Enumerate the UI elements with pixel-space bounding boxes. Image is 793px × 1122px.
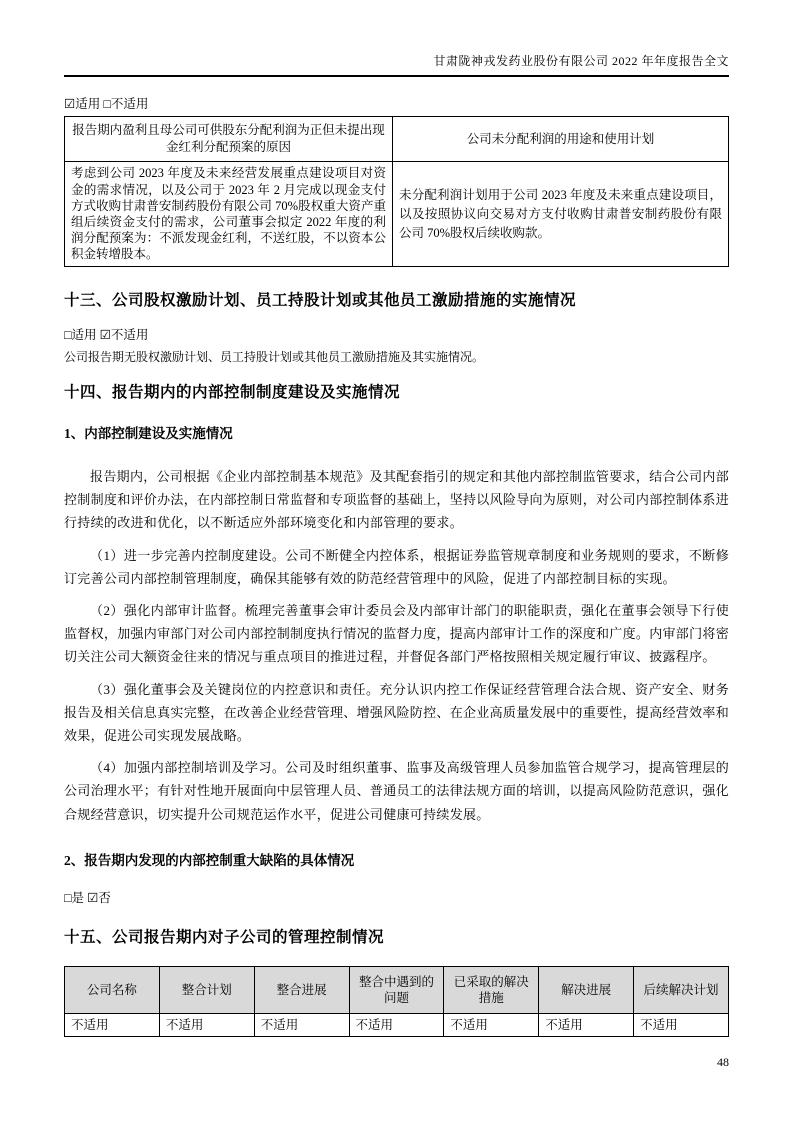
subsidiary-cell: 不适用 [349, 1013, 444, 1036]
running-header: 甘肃陇神戎发药业股份有限公司 2022 年年度报告全文 [64, 0, 729, 77]
subsidiary-header-follow-up-plan: 后续解决计划 [634, 966, 729, 1013]
section-13-note: 公司报告期无股权激励计划、员工持股计划或其他员工激励措施及其实施情况。 [64, 351, 729, 364]
dividend-table: 报告期内盈利且母公司可供股东分配利润为正但未提出现金红利分配预案的原因 公司未分… [64, 116, 729, 267]
section-14-sub2-title: 2、报告期内发现的内部控制重大缺陷的具体情况 [64, 853, 729, 869]
section-15-title: 十五、公司报告期内对子公司的管理控制情况 [64, 928, 729, 948]
subsidiary-header-measures: 已采取的解决措施 [444, 966, 539, 1013]
report-page: 甘肃陇神戎发药业股份有限公司 2022 年年度报告全文 ☑适用 □不适用 报告期… [0, 0, 793, 1122]
internal-control-paragraph: （1）进一步完善内控制度建设。公司不断健全内控体系，根据证券监管规章制度和业务规… [64, 544, 729, 590]
subsidiary-cell: 不适用 [65, 1013, 160, 1036]
internal-control-paragraph: （2）强化内部审计监督。梳理完善董事会审计委员会及内部审计部门的职能职责，强化在… [64, 599, 729, 669]
subsidiary-header-problems: 整合中遇到的问题 [349, 966, 444, 1013]
section-14-sub1-title: 1、内部控制建设及实施情况 [64, 426, 729, 442]
section-14-yes-no-line: □是 ☑否 [64, 891, 729, 905]
subsidiary-control-table: 公司名称 整合计划 整合进展 整合中遇到的问题 已采取的解决措施 解决进展 后续… [64, 966, 729, 1037]
internal-control-paragraph: 报告期内，公司根据《企业内部控制基本规范》及其配套指引的规定和其他内部控制监管要… [64, 465, 729, 535]
section-13-applicable-line: □适用 ☑不适用 [64, 328, 729, 342]
dividend-applicable-line: ☑适用 □不适用 [64, 97, 729, 111]
dividend-reason-cell: 考虑到公司 2023 年度及未来经营发展重点建设项目对资金的需求情况，以及公司于… [65, 162, 393, 267]
section-13-title: 十三、公司股权激励计划、员工持股计划或其他员工激励措施的实施情况 [64, 291, 729, 311]
dividend-table-header-reason: 报告期内盈利且母公司可供股东分配利润为正但未提出现金红利分配预案的原因 [65, 117, 393, 162]
subsidiary-table-header-row: 公司名称 整合计划 整合进展 整合中遇到的问题 已采取的解决措施 解决进展 后续… [65, 966, 729, 1013]
subsidiary-table-row: 不适用 不适用 不适用 不适用 不适用 不适用 不适用 [65, 1013, 729, 1036]
internal-control-paragraph: （4）加强内部控制培训及学习。公司及时组织董事、监事及高级管理人员参加监管合规学… [64, 756, 729, 826]
page-number: 48 [64, 1055, 729, 1070]
subsidiary-header-integration-plan: 整合计划 [159, 966, 254, 1013]
subsidiary-cell: 不适用 [254, 1013, 349, 1036]
dividend-table-header-use-plan: 公司未分配利润的用途和使用计划 [393, 117, 729, 162]
subsidiary-cell: 不适用 [159, 1013, 254, 1036]
section-14-title: 十四、报告期内的内部控制制度建设及实施情况 [64, 383, 729, 403]
subsidiary-cell: 不适用 [444, 1013, 539, 1036]
internal-control-paragraph: （3）强化董事会及关键岗位的内控意识和责任。充分认识内控工作保证经营管理合法合规… [64, 678, 729, 748]
subsidiary-header-resolution-progress: 解决进展 [539, 966, 634, 1013]
subsidiary-header-company-name: 公司名称 [65, 966, 160, 1013]
subsidiary-cell: 不适用 [634, 1013, 729, 1036]
dividend-use-plan-cell: 未分配利润计划用于公司 2023 年度及未来重点建设项目，以及按照协议向交易对方… [393, 162, 729, 267]
dividend-table-row: 考虑到公司 2023 年度及未来经营发展重点建设项目对资金的需求情况，以及公司于… [65, 162, 729, 267]
dividend-table-header-row: 报告期内盈利且母公司可供股东分配利润为正但未提出现金红利分配预案的原因 公司未分… [65, 117, 729, 162]
report-title: 甘肃陇神戎发药业股份有限公司 2022 年年度报告全文 [433, 54, 729, 68]
subsidiary-header-integration-progress: 整合进展 [254, 966, 349, 1013]
subsidiary-cell: 不适用 [539, 1013, 634, 1036]
